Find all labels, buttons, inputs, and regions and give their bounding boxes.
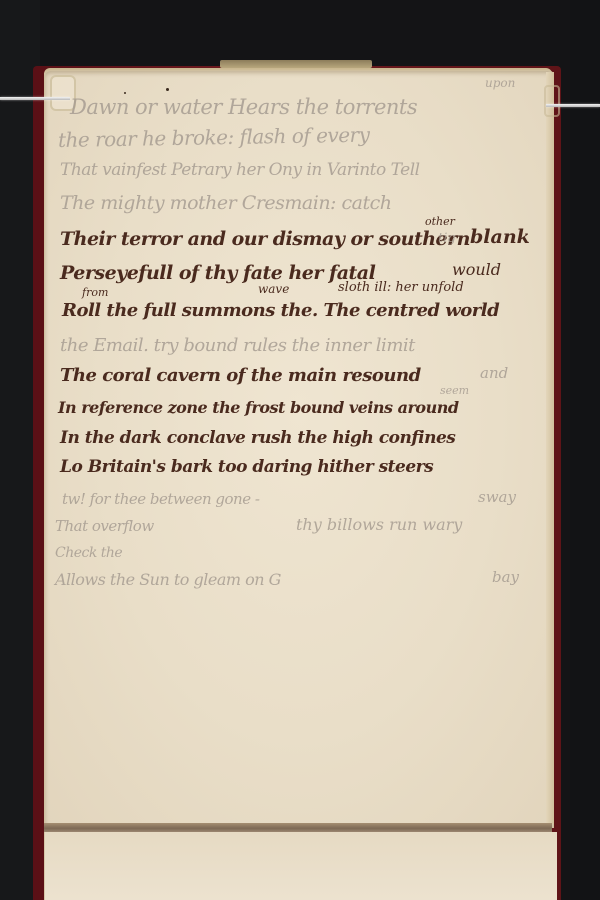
insert-sloth: sloth ill: her unfold bbox=[338, 280, 464, 295]
manuscript-line-4: The mighty mother Cresmain: catch bbox=[60, 192, 391, 214]
insert-from: from bbox=[82, 286, 108, 299]
manuscript-line-16: Allows the Sun to gleam on G bbox=[55, 570, 281, 589]
page-right-edge bbox=[546, 72, 554, 824]
insert-wave: wave bbox=[258, 282, 289, 296]
manuscript-line-15: Check the bbox=[55, 545, 122, 561]
manuscript-line-7: Roll the full summons the. The centred w… bbox=[62, 300, 499, 321]
manuscript-line-14: That overflow bbox=[55, 517, 154, 535]
line-5-ink-trail: blank bbox=[470, 226, 530, 248]
manuscript-line-8: the Email. try bound rules the inner lim… bbox=[60, 335, 415, 356]
notebook-page bbox=[44, 70, 554, 828]
page-fold bbox=[44, 823, 552, 832]
insert-seem: seem bbox=[440, 384, 469, 397]
line-9-pencil-trail: and bbox=[480, 364, 508, 382]
corner-mount-right bbox=[544, 85, 560, 117]
mounting-wire-left bbox=[0, 97, 70, 100]
line-6-ink-trail: would bbox=[452, 260, 501, 279]
manuscript-line-6: Perseyefull of thy fate her fatal bbox=[60, 262, 375, 284]
notebook-clasp bbox=[220, 60, 372, 68]
manuscript-line-11: In the dark conclave rush the high confi… bbox=[60, 428, 455, 448]
manuscript-line-13: tw! for thee between gone - bbox=[62, 490, 259, 508]
manuscript-line-10: In reference zone the frost bound veins … bbox=[58, 398, 459, 417]
next-page bbox=[44, 832, 557, 900]
insert-above-line-5: other bbox=[425, 215, 455, 228]
manuscript-line-5: Their terror and our dismay or southern bbox=[60, 228, 470, 250]
manuscript-line-1: Dawn or water Hears the torrents bbox=[70, 95, 417, 119]
line-16-trail: bay bbox=[492, 568, 519, 586]
manuscript-line-9: The coral cavern of the main resound bbox=[60, 365, 421, 386]
ink-speck bbox=[166, 88, 169, 91]
line-5-pencil-trail: tig bbox=[438, 231, 456, 246]
mounting-wire-right bbox=[546, 104, 600, 107]
line-13-trail: sway bbox=[478, 488, 516, 506]
manuscript-line-12: Lo Britain's bark too daring hither stee… bbox=[60, 457, 433, 477]
ink-speck bbox=[124, 92, 126, 94]
line-14-trail: thy billows run wary bbox=[296, 515, 462, 534]
manuscript-line-3: That vainfest Petrary her Ony in Varinto… bbox=[60, 160, 420, 180]
corner-note: upon bbox=[485, 76, 515, 90]
background-right bbox=[570, 0, 600, 900]
